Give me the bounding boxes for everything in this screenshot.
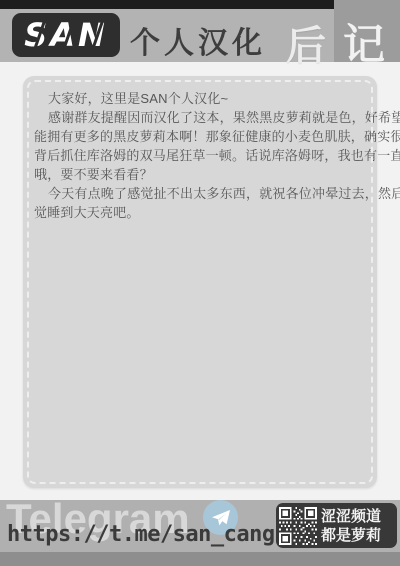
qr-code-icon bbox=[279, 507, 317, 545]
note-line: 今天有点晚了感觉扯不出太多东西，就祝各位冲晕过去，然后美美地一 bbox=[34, 184, 367, 203]
san-logo-box: SAN bbox=[12, 13, 120, 57]
afterword-note-box: 大家好，这里是SAN个人汉化~ 感谢群友提醒因而汉化了这本，果然黑皮萝莉就是色，… bbox=[23, 76, 377, 488]
afterword-title-char-2: 记 bbox=[343, 12, 385, 72]
top-black-bar bbox=[0, 0, 336, 9]
san-logo-text: SAN bbox=[24, 16, 108, 54]
note-line: 背后抓住库洛姆的双马尾狂草一顿。话说库洛姆呀，我也有一直鸡鸡蝉 bbox=[34, 146, 367, 165]
note-line: 觉睡到大天亮吧。 bbox=[34, 203, 367, 222]
qr-caption-line-2: 都是萝莉 bbox=[321, 526, 381, 545]
afterword-page: SAN 个人汉化 后 记 大家好，这里是SAN个人汉化~ 感谢群友提醒因而汉化了… bbox=[0, 0, 400, 566]
san-logo-icon: SAN bbox=[16, 15, 116, 55]
qr-caption-line-1: 涩涩频道 bbox=[321, 507, 381, 526]
group-label: 个人汉化 bbox=[130, 18, 266, 62]
afterword-title-square: 记 bbox=[334, 0, 400, 62]
note-line: 大家好，这里是SAN个人汉化~ bbox=[34, 89, 367, 108]
afterword-text: 大家好，这里是SAN个人汉化~ 感谢群友提醒因而汉化了这本，果然黑皮萝莉就是色，… bbox=[34, 89, 367, 222]
telegram-channel-link[interactable]: https://t.me/san_cangku bbox=[7, 522, 300, 547]
note-line: 能拥有更多的黑皮萝莉本啊！那象征健康的小麦色肌肤，确实很让人想从 bbox=[34, 127, 367, 146]
note-line: 感谢群友提醒因而汉化了这本，果然黑皮萝莉就是色，好希望这世上能 bbox=[34, 108, 367, 127]
afterword-title-char-1: 后 bbox=[286, 14, 326, 71]
footer-banner: Telegram https://t.me/san_cangku 涩涩频道 都是… bbox=[0, 500, 400, 552]
qr-caption: 涩涩频道 都是萝莉 bbox=[321, 507, 381, 545]
bottom-gray-strip bbox=[0, 552, 400, 566]
channel-qr-panel: 涩涩频道 都是萝莉 bbox=[276, 503, 397, 548]
note-line: 哦，要不要来看看？ bbox=[34, 165, 367, 184]
